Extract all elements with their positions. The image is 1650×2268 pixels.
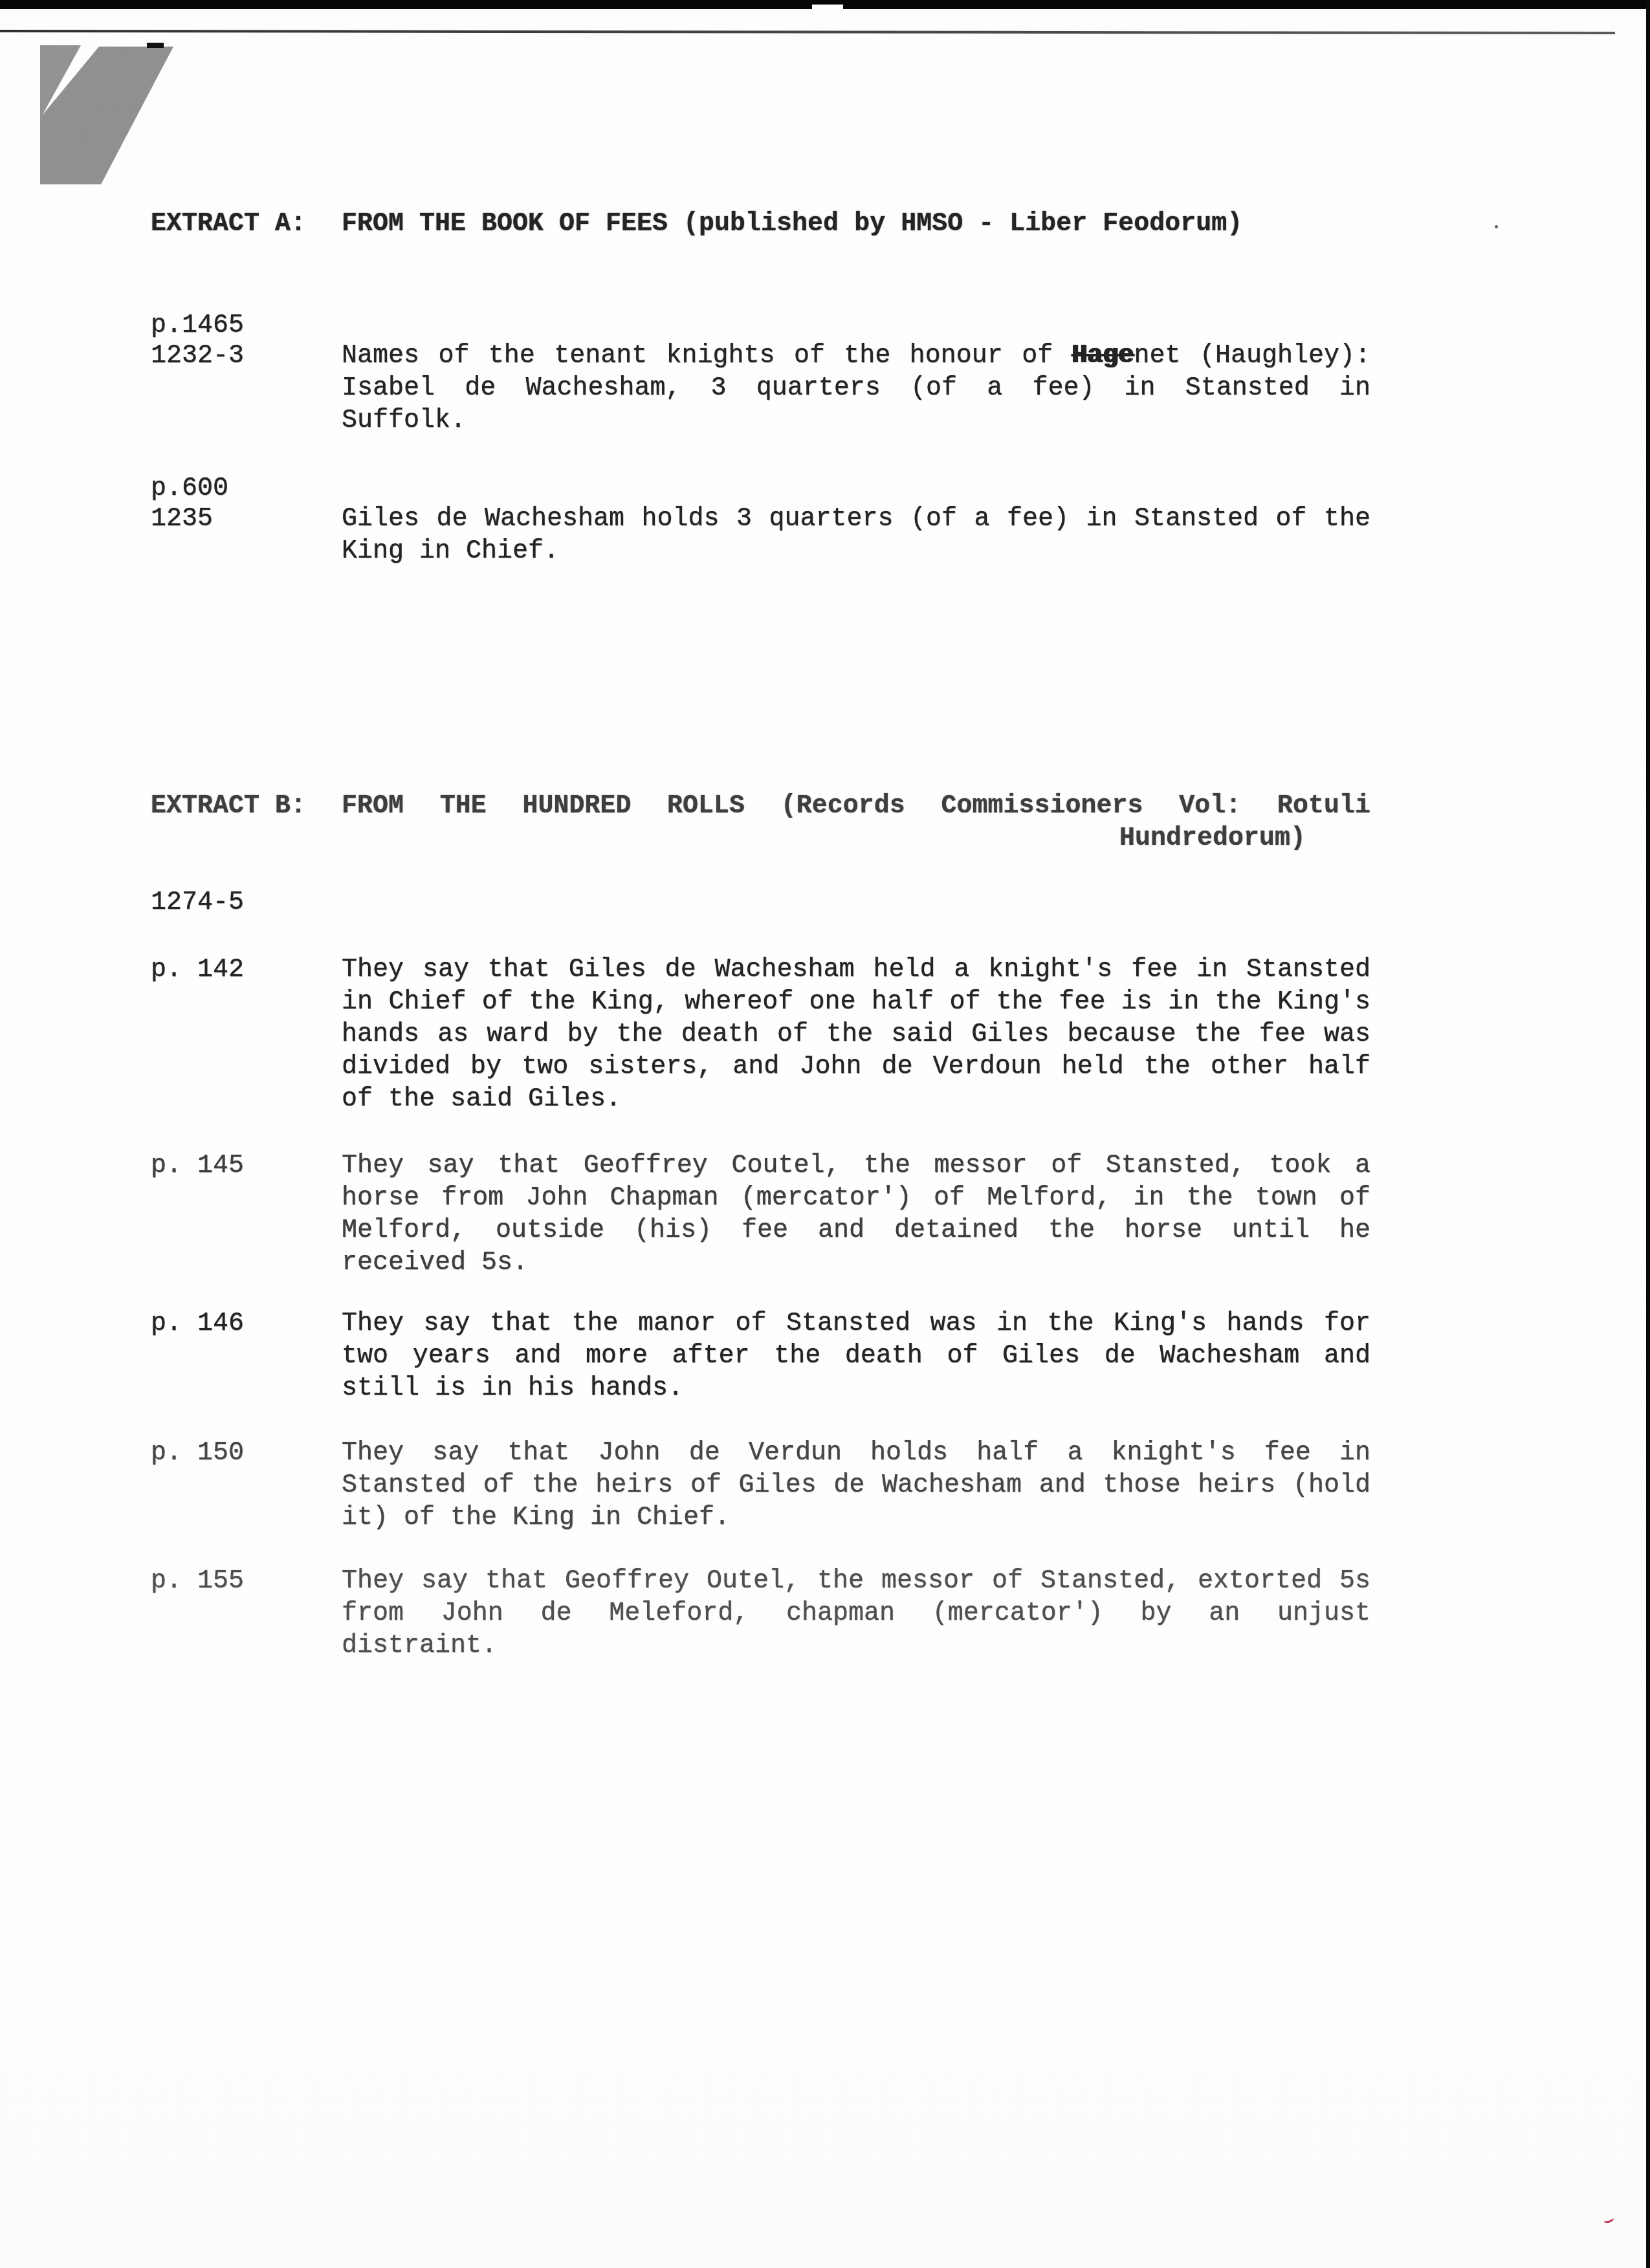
entry-p142: p. 142 They say that Giles de Wachesham … [0, 954, 1650, 1116]
text-line: They say that the manor of Stansted was … [342, 1308, 1370, 1340]
text-line: They say that Geoffrey Coutel, the messo… [342, 1150, 1370, 1183]
scanner-top-bar-notch [812, 5, 843, 9]
page-ref-label: p. 145 [151, 1150, 244, 1183]
text-line: Suffolk. [342, 405, 1370, 437]
page-ref-label: p.600 [151, 473, 228, 505]
entry-p155: p. 155 They say that Geoffrey Outel, the… [0, 1565, 1650, 1663]
entry-p150: p. 150 They say that John de Verdun hold… [0, 1437, 1650, 1534]
text-line: They say that John de Verdun holds half … [342, 1437, 1370, 1470]
entry-1232-3: 1232-3 Names of the tenant knights of th… [0, 340, 1650, 437]
year-ref-label: 1274-5 [151, 887, 244, 919]
page-ref-label: p. 150 [151, 1437, 244, 1470]
page-top-edge-line [0, 30, 1615, 34]
text-line: divided by two sisters, and John de Verd… [342, 1051, 1370, 1084]
page-ref-label: p. 146 [151, 1308, 244, 1340]
text-line: it) of the King in Chief. [342, 1502, 1370, 1534]
text-line: two years and more after the death of Gi… [342, 1340, 1370, 1373]
entry-paragraph: Names of the tenant knights of the honou… [342, 340, 1370, 437]
entry-paragraph: They say that John de Verdun holds half … [342, 1437, 1370, 1534]
item-ref-label: 1232-3 [151, 340, 244, 373]
text-line: hands as ward by the death of the said G… [342, 1019, 1370, 1051]
extract-a-title: FROM THE BOOK OF FEES (published by HMSO… [342, 208, 1370, 241]
text-line: in Chief of the King, whereof one half o… [342, 987, 1370, 1019]
text-line: received 5s. [342, 1247, 1370, 1280]
text-line: of the said Giles. [342, 1084, 1370, 1116]
text-line: King in Chief. [342, 536, 1370, 568]
text-line: They say that Giles de Wachesham held a … [342, 954, 1370, 987]
extract-a-section-heading: EXTRACT A: FROM THE BOOK OF FEES (publis… [0, 208, 1650, 241]
text-line: They say that Geoffrey Outel, the messor… [342, 1565, 1370, 1598]
entry-1235: 1235 Giles de Wachesham holds 3 quarters… [0, 503, 1650, 568]
entry-p145: p. 145 They say that Geoffrey Coutel, th… [0, 1150, 1650, 1280]
extract-b-title-line2: Hundredorum) [342, 823, 1370, 855]
scanned-document-page: EXTRACT A: FROM THE BOOK OF FEES (publis… [0, 0, 1650, 2268]
entry-paragraph: Giles de Wachesham holds 3 quarters (of … [342, 503, 1370, 568]
text-line: Isabel de Wachesham, 3 quarters (of a fe… [342, 373, 1370, 405]
entry-paragraph: They say that Geoffrey Outel, the messor… [342, 1565, 1370, 1663]
text-line: distraint. [342, 1630, 1370, 1663]
entry-p146: p. 146 They say that the manor of Stanst… [0, 1308, 1650, 1405]
item-ref-label: 1235 [151, 503, 213, 536]
entry-paragraph: They say that Geoffrey Coutel, the messo… [342, 1150, 1370, 1280]
extract-b-title-line1: FROM THE HUNDRED ROLLS (Records Commissi… [342, 791, 1370, 823]
page-ref-label: p. 155 [151, 1565, 244, 1598]
text-line: Names of the tenant knights of the honou… [342, 340, 1370, 373]
extract-b-section-heading: EXTRACT B: FROM THE HUNDRED ROLLS (Recor… [0, 791, 1650, 855]
stripe-dash-mark [147, 43, 164, 48]
text-segment: net (Haughley): [1134, 342, 1370, 371]
entry-paragraph: They say that Giles de Wachesham held a … [342, 954, 1370, 1116]
struck-word: Hage [1072, 342, 1134, 371]
entry-paragraph: They say that the manor of Stansted was … [342, 1308, 1370, 1405]
extract-b-label: EXTRACT B: [151, 791, 306, 823]
text-line: horse from John Chapman (mercator') of M… [342, 1183, 1370, 1215]
photocopy-stripes-mark [40, 43, 179, 188]
text-line: Stansted of the heirs of Giles de Waches… [342, 1470, 1370, 1502]
text-line: from John de Meleford, chapman (mercator… [342, 1598, 1370, 1630]
extract-a-label: EXTRACT A: [151, 208, 306, 241]
text-line: Melford, outside (his) fee and detained … [342, 1215, 1370, 1247]
page-ref-label: p.1465 [151, 310, 244, 342]
text-segment: Names of the tenant knights of the honou… [342, 342, 1072, 371]
red-ink-speck [1603, 2215, 1614, 2224]
text-line: still is in his hands. [342, 1373, 1370, 1405]
page-ref-label: p. 142 [151, 954, 244, 987]
text-line: Giles de Wachesham holds 3 quarters (of … [342, 503, 1370, 536]
